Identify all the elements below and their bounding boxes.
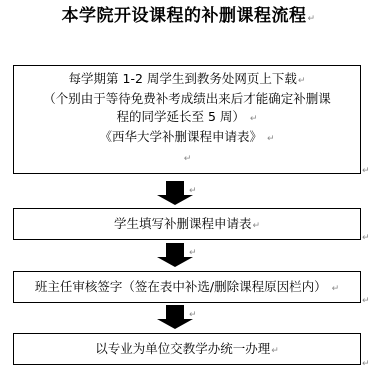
down-arrow-icon: [157, 243, 193, 267]
paragraph-mark-icon: ↵: [332, 284, 340, 294]
page-title: 本学院开设课程的补删课程流程↵: [0, 4, 377, 31]
step-3-box: 班主任审核签字（签在表中补选/删除课程原因栏内） ↵: [13, 271, 361, 303]
step-2-text: 学生填写补删课程申请表: [114, 216, 252, 231]
down-arrow-icon: [157, 305, 193, 329]
step-1-line-3: 程的同学延长至 5 周） ↵: [14, 108, 360, 128]
paragraph-mark-icon: ↵: [189, 248, 197, 258]
step-1-empty-line: ↵: [14, 148, 360, 168]
title-text: 本学院开设课程的补删课程流程: [61, 6, 306, 26]
step-4-box: 以专业为单位交教学办统一办理↵: [13, 333, 361, 365]
paragraph-mark-icon: ↵: [362, 233, 370, 243]
paragraph-mark-icon: ↵: [250, 114, 258, 124]
paragraph-mark-icon: ↵: [362, 166, 370, 176]
paragraph-mark-icon: ↵: [307, 14, 315, 24]
paragraph-mark-icon: ↵: [189, 310, 197, 320]
paragraph-mark-icon: ↵: [184, 154, 192, 164]
paragraph-mark-icon: ↵: [252, 221, 260, 231]
paragraph-mark-icon: ↵: [189, 186, 197, 196]
step-1-line-4: 《西华大学补删课程申请表》 ↵: [14, 128, 360, 148]
step-3-text: 班主任审核签字（签在表中补选/删除课程原因栏内）: [35, 279, 327, 294]
down-arrow-icon: [157, 181, 193, 205]
paragraph-mark-icon: ↵: [267, 134, 275, 144]
paragraph-mark-icon: ↵: [362, 359, 370, 369]
step-1-box: 每学期第 1-2 周学生到教务处网页上下载↵ （个别由于等待免费补考成绩出来后才…: [13, 65, 361, 174]
step-4-text: 以专业为单位交教学办统一办理: [95, 341, 270, 356]
paragraph-mark-icon: ↵: [271, 346, 279, 356]
paragraph-mark-icon: ↵: [298, 76, 306, 86]
paragraph-mark-icon: ↵: [362, 296, 370, 306]
step-1-line-2: （个别由于等待免费补考成绩出来后才能确定补删课: [14, 90, 360, 108]
step-1-line-1: 每学期第 1-2 周学生到教务处网页上下载↵: [14, 70, 360, 90]
step-2-box: 学生填写补删课程申请表↵: [13, 208, 361, 240]
